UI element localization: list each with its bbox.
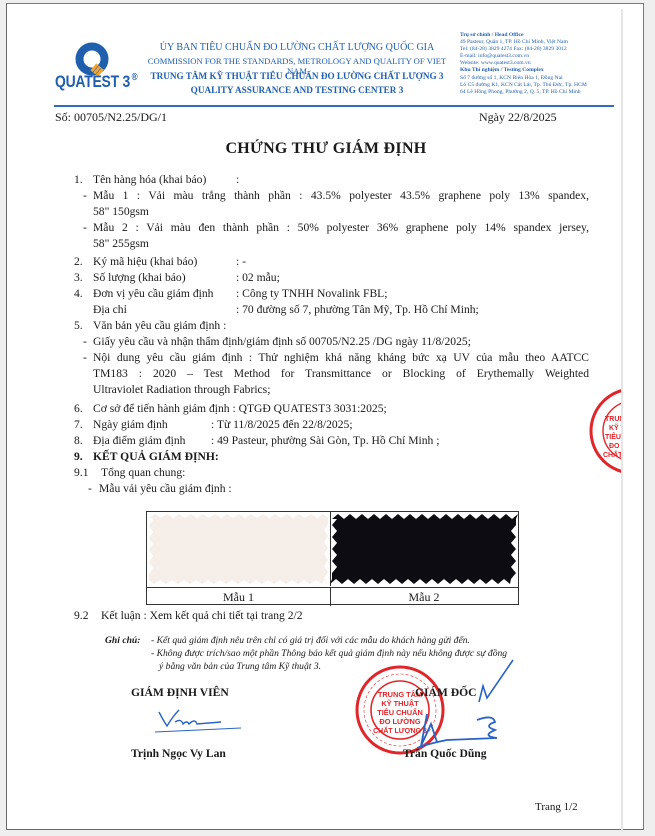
- note-line-1: - Kết quả giám định nêu trên chỉ có giá …: [151, 634, 470, 647]
- item-2-label: Ký mã hiệu (khai báo): [93, 254, 197, 270]
- page-number: Trang 1/2: [535, 801, 578, 813]
- item-6-number: 6.: [74, 401, 83, 417]
- sample-1-spec: 58" 150gsm: [93, 204, 149, 220]
- item-3-number: 3.: [74, 270, 83, 286]
- item-1-label: Tên hàng hóa (khai báo): [93, 172, 206, 188]
- item-1-colon: :: [236, 172, 239, 188]
- sample-2-photo: [330, 512, 518, 586]
- item-7-label: Ngày giám định: [93, 417, 168, 433]
- item-6-label: Cơ sở để tiến hành giám định : QTGĐ QUAT…: [93, 401, 387, 417]
- item-8-number: 8.: [74, 433, 83, 449]
- svg-text:TRUNG: TRUNG: [605, 416, 621, 423]
- director-name: Trần Quốc Dũng: [403, 747, 487, 760]
- document-number: Số: 00705/N2.25/DG/1: [55, 110, 167, 125]
- item-1-number: 1.: [74, 172, 83, 188]
- document-date: Ngày 22/8/2025: [479, 110, 557, 125]
- item-9-1-bullet: Mẫu vải yêu cầu giám định :: [99, 481, 232, 497]
- sample-photos-table: Mẫu 1 Mẫu 2: [146, 511, 519, 605]
- head-office-email: E-mail: info@quatest3.com.vn: [460, 53, 587, 60]
- sample-2-spec: 58" 255gsm: [93, 236, 149, 252]
- header-line-commission-vn: ỦY BAN TIÊU CHUẨN ĐO LƯỜNG CHẤT LƯỢNG QU…: [147, 42, 447, 53]
- header-line-center-en: QUALITY ASSURANCE AND TESTING CENTER 3: [147, 85, 447, 95]
- item-5-request-letter: Giấy yêu cầu và nhận thẩm định/giám định…: [93, 334, 471, 350]
- page-title: CHỨNG THƯ GIÁM ĐỊNH: [7, 140, 645, 158]
- office-info: Trụ sở chính / Head Office 49 Pasteur, Q…: [460, 32, 587, 96]
- sample-2-label: Mẫu 2: [330, 587, 518, 606]
- header-line-center-vn: TRUNG TÂM KỸ THUẬT TIÊU CHUẨN ĐO LƯỜNG C…: [147, 71, 447, 81]
- sample-1-photo: [147, 512, 331, 586]
- item-9-number: 9.: [74, 449, 83, 465]
- svg-text:CHẤT: CHẤT: [603, 449, 621, 459]
- header-rule: [54, 105, 614, 107]
- item-5-number: 5.: [74, 318, 83, 334]
- item-8-label: Địa điểm giám định: [93, 433, 185, 449]
- testing-address-2: Lô C5 đường K1, KCN Cát Lái, Tp. Thủ Đức…: [460, 82, 587, 89]
- inspector-signature-icon: [155, 706, 245, 736]
- item-2-number: 2.: [74, 254, 83, 270]
- item-5-request-content-1: Nội dung yêu cầu giám định : Thử nghiệm …: [93, 350, 589, 366]
- item-9-1-number: 9.1: [74, 465, 89, 481]
- quatest-logo-icon: [75, 42, 109, 76]
- sample-1-description: Mẫu 1 : Vải màu trắng thành phần : 43.5%…: [93, 188, 589, 204]
- item-4-value: : Công ty TNHH Novalink FBL;: [236, 286, 387, 302]
- item-9-2-number: 9.2: [74, 608, 89, 624]
- item-4-number: 4.: [74, 286, 83, 302]
- item-9-heading: KẾT QUẢ GIÁM ĐỊNH:: [93, 449, 219, 465]
- item-3-label: Số lượng (khai báo): [93, 270, 186, 286]
- page-edge-divider: [621, 9, 623, 832]
- fabric-swatch-black: [330, 512, 518, 586]
- item-8-value: : 49 Pasteur, phường Sài Gòn, Tp. Hồ Chí…: [211, 433, 439, 449]
- sample-1-label: Mẫu 1: [147, 587, 331, 606]
- item-4-address-label: Địa chỉ: [93, 302, 127, 318]
- item-9-2-conclusion: Kết luận : Xem kết quả chi tiết tại tran…: [101, 608, 303, 624]
- note-line-3: ý bằng văn bản của Trung tâm Kỹ thuật 3.: [159, 660, 321, 673]
- svg-text:TIÊU C: TIÊU C: [605, 432, 621, 441]
- item-5-label: Văn bản yêu cầu giám định :: [93, 318, 226, 334]
- item-2-value: : -: [236, 254, 246, 270]
- director-signature-icon: [407, 654, 517, 754]
- item-4-label: Đơn vị yêu cầu giám định: [93, 286, 213, 302]
- head-office-website: Website: www.quatest3.com.vn: [460, 60, 587, 67]
- testing-address-3: 64 Lê Hồng Phong, Phường 2, Q. 5, TP. Hồ…: [460, 89, 587, 96]
- logo-wordmark: QUATEST 3®: [55, 72, 137, 92]
- notes-label: Ghi chú:: [105, 634, 140, 647]
- item-5-request-content-3: Ultraviolet Radiation through Fabrics;: [93, 382, 270, 398]
- svg-text:KỸ TH: KỸ TH: [609, 423, 621, 432]
- fabric-swatch-white: [147, 512, 330, 586]
- item-7-value: : Từ 11/8/2025 đến 22/8/2025;: [211, 417, 353, 433]
- sample-2-description: Mẫu 2 : Vải màu đen thành phần : 50% pol…: [93, 220, 589, 236]
- item-9-1-label: Tổng quan chung:: [101, 465, 185, 481]
- partial-page-seal-icon: TRUNG KỸ TH TIÊU C ĐO L CHẤT: [587, 385, 621, 477]
- item-3-value: : 02 mẫu;: [236, 270, 280, 286]
- document-page: QUATEST 3® ỦY BAN TIÊU CHUẨN ĐO LƯỜNG CH…: [6, 3, 644, 830]
- svg-text:ĐO L: ĐO L: [609, 443, 621, 450]
- inspector-name: Trịnh Ngọc Vy Lan: [131, 747, 226, 760]
- item-4-address-value: : 70 đường số 7, phường Tân Mỹ, Tp. Hồ C…: [236, 302, 479, 318]
- item-5-request-content-2: TM183 : 2020 – Test Method for Transmitt…: [93, 366, 589, 382]
- testing-complex-title: Khu Thí nghiệm / Testing Complex: [460, 67, 587, 74]
- testing-address-1: Số 7 đường số 1, KCN Biên Hòa 1, Đồng Na…: [460, 75, 587, 82]
- inspector-title: GIÁM ĐỊNH VIÊN: [131, 686, 229, 699]
- item-7-number: 7.: [74, 417, 83, 433]
